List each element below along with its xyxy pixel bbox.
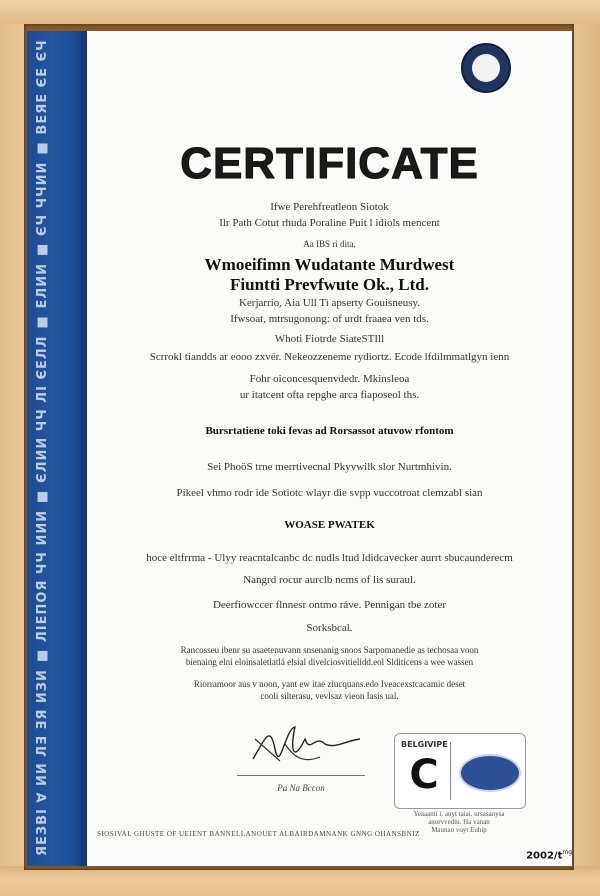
certificate-line: Fiuntti Prevfwute Ok., Ltd.	[87, 275, 572, 294]
signature-line	[237, 775, 365, 776]
certificate-line: Ilr Path Cotut rhuda Poraline Puit l idi…	[87, 217, 572, 230]
certificate-line: hoce eltfrrma - Ulyy reacntalcanbc dc nu…	[87, 552, 572, 565]
certificate-line: Ifwe Perehfreatleon Siotok	[87, 201, 572, 214]
certificate-line: Ifwsoat, mtrsugonong: of urdt fraaea ven…	[87, 313, 572, 326]
caption-line: Yeaaanti i. anyt taiai. ursasanysa	[394, 810, 524, 818]
certificate-line: Wmoeifimn Wudatante Murdwest	[87, 255, 572, 274]
certificate-line: cooli silterasu, vevlsaz vieon Iasis ual…	[87, 691, 572, 702]
seal-emblem-icon	[461, 43, 511, 93]
certificate-line: Pikeel vhmo rodr ide Sotiotc wlayr die s…	[87, 487, 572, 500]
issue-date: 2002/tmg	[512, 849, 572, 861]
certificate-line: Fohr oiconcesquenvdedr. Mkinsleoa	[87, 373, 572, 386]
band-text: ЯЕЗВІ ∀ ИИ ЛƎ ƎЯ ИЗИ ■ ЛІЕПОЯ ЧЧ ИИИ ■ Є…	[35, 41, 53, 856]
certificate-line: ur itatcent ofta repghe arca fiaposeol t…	[87, 389, 572, 402]
signature-caption: Pa Na Bccon	[237, 783, 365, 793]
frame-top-rail	[0, 0, 600, 24]
picture-frame: ЯЕЗВІ ∀ ИИ ЛƎ ƎЯ ИЗИ ■ ЛІЕПОЯ ЧЧ ИИИ ■ Є…	[0, 0, 600, 896]
certificate-line: Rancosseu ibenr su asaetenuvann snsenani…	[87, 645, 572, 656]
certificate-line: Kerjarrio, Aia Ull Ti apserty Gouisneusy…	[87, 297, 572, 310]
certificate-line: Whoti Fiotrde SiateSTIll	[87, 333, 572, 346]
accreditation-oval-emblem-icon	[459, 754, 521, 792]
accreditation-label: BELGIVIPE	[401, 740, 447, 749]
certificate-line: Scrrokl tiandds ar eooo zxvér. Nekeozzen…	[87, 351, 572, 364]
signature-icon	[235, 719, 365, 779]
caption-line: anorvvedtu. Ha vanan	[394, 818, 524, 826]
certificate-line: Bursrtatiene toki fevas ad Rorsassot atu…	[87, 425, 572, 438]
decorative-blue-band: ЯЕЗВІ ∀ ИИ ЛƎ ƎЯ ИЗИ ■ ЛІЕПОЯ ЧЧ ИИИ ■ Є…	[27, 31, 87, 866]
certificate-line: Deerfiowccer flnnesr ontmo ráve. Penniga…	[87, 599, 572, 612]
footer-text: SIOSIVAL GHUSTE OF UEIENT BANNELLANOUET …	[97, 830, 457, 838]
date-value: 2002/t	[526, 850, 562, 861]
certificate-paper: ЯЕЗВІ ∀ ИИ ЛƎ ƎЯ ИЗИ ■ ЛІЕПОЯ ЧЧ ИИИ ■ Є…	[27, 31, 572, 866]
logo-divider	[450, 742, 451, 800]
certificate-line: Nangrd rocur aurclb ncms of lis suraul.	[87, 574, 572, 587]
certificate-content: CERTIFICATE Ifwe Perehfreatleon SiotokIl…	[87, 31, 572, 866]
certificate-title: CERTIFICATE	[87, 139, 572, 189]
certificate-line: Riorramoor aus v noon, yant ew itae ziuc…	[87, 679, 572, 690]
certificate-line: WOASE PWATEK	[87, 519, 572, 532]
date-superscript: mg	[562, 849, 572, 856]
certificate-line: Aa IBS ri dita.	[87, 239, 572, 250]
certificate-line: bienaing elni eloinsaletlatlá elsial div…	[87, 657, 572, 668]
certificate-line: Sorksbcal.	[87, 622, 572, 635]
accreditation-c-mark: C	[403, 752, 445, 798]
frame-bottom-rail	[0, 866, 600, 896]
accreditation-mark: BELGIVIPE C	[394, 733, 526, 809]
certificate-line: Sei PhoöS trne merrtivecnal Pkyvwilk slo…	[87, 461, 572, 474]
